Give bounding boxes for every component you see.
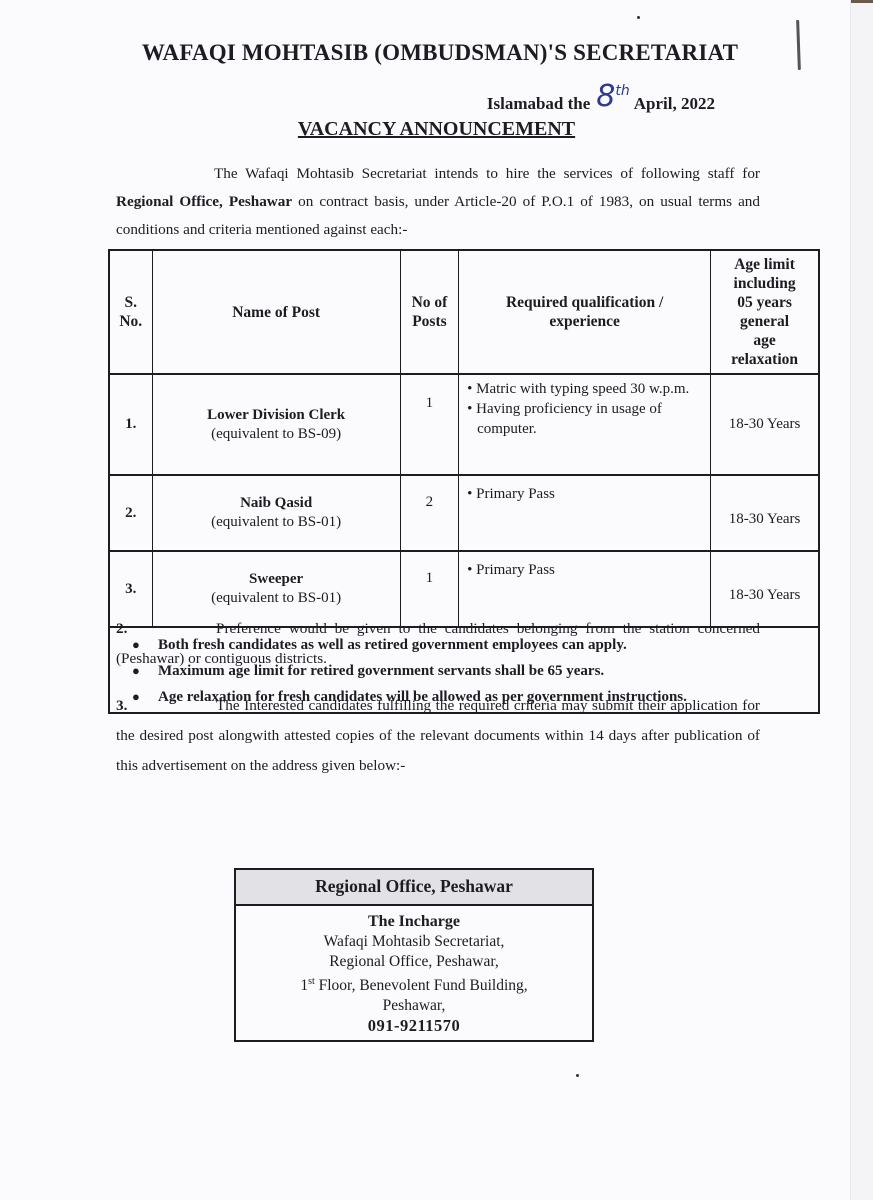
table-header-row: S. No. Name of Post No of Posts Required… [109, 250, 819, 374]
qualification-item: Primary Pass [467, 560, 704, 580]
handwritten-day-suffix: th [615, 83, 629, 99]
scan-speck [637, 16, 640, 19]
address-line: Peshawar, [236, 996, 592, 1016]
address-line: Regional Office, Peshawar, [236, 952, 592, 972]
pen-mark [796, 20, 801, 70]
post-grade: (equivalent to BS-01) [154, 589, 399, 608]
post-name: Lower Division Clerk [154, 406, 399, 425]
dateline-prefix: Islamabad the [487, 94, 590, 114]
intro-paragraph: The Wafaqi Mohtasib Secretariat intends … [116, 160, 760, 244]
row-qualification: Matric with typing speed 30 w.p.m. Havin… [459, 374, 711, 475]
row-post: Naib Qasid (equivalent to BS-01) [152, 475, 400, 551]
header-age: Age limit including 05 years general age… [711, 250, 819, 374]
dateline-suffix: April, 2022 [634, 94, 715, 114]
floor-suffix: st [308, 976, 315, 987]
intro-office: Regional Office, Peshawar [116, 193, 292, 210]
row-sno: 1. [109, 374, 152, 475]
address-header: Regional Office, Peshawar [236, 870, 592, 906]
vacancy-heading: VACANCY ANNOUNCEMENT [0, 118, 873, 141]
header-sno: S. No. [109, 250, 152, 374]
handwritten-day-number: 8 [596, 79, 615, 114]
row-posts: 1 [400, 374, 458, 475]
address-line: Wafaqi Mohtasib Secretariat, [236, 932, 592, 952]
intro-text-1: The Wafaqi Mohtasib Secretariat intends … [214, 165, 760, 182]
address-box: Regional Office, Peshawar The Incharge W… [234, 868, 594, 1042]
row-sno: 2. [109, 475, 152, 551]
paragraph-number: 2. [116, 614, 216, 644]
qualification-item: Having proficiency in usage of computer. [467, 399, 704, 439]
document-title: WAFAQI MOHTASIB (OMBUDSMAN)'S SECRETARIA… [120, 40, 760, 66]
header-qualification: Required qualification / experience [459, 250, 711, 374]
scan-edge-top [851, 0, 873, 3]
table-row: 2. Naib Qasid (equivalent to BS-01) 2 Pr… [109, 475, 819, 551]
dateline: Islamabad the 8th April, 2022 [487, 84, 715, 114]
floor-number: 1 [300, 977, 308, 994]
header-post: Name of Post [152, 250, 400, 374]
handwritten-day: 8th [596, 82, 629, 112]
table-row: 1. Lower Division Clerk (equivalent to B… [109, 374, 819, 475]
qualification-item: Matric with typing speed 30 w.p.m. [467, 379, 704, 399]
paragraph-2: 2.Preference would be given to the candi… [116, 614, 760, 674]
floor-rest: Floor, Benevolent Fund Building, [315, 977, 528, 994]
row-age: 18-30 Years [711, 374, 819, 475]
row-age: 18-30 Years [711, 475, 819, 551]
address-line: 1st Floor, Benevolent Fund Building, [236, 972, 592, 996]
post-grade: (equivalent to BS-09) [154, 425, 399, 444]
paragraph-3: 3.The Interested candidates fulfilling t… [116, 691, 760, 781]
row-posts: 2 [400, 475, 458, 551]
post-grade: (equivalent to BS-01) [154, 513, 399, 532]
row-qualification: Primary Pass [459, 475, 711, 551]
header-posts: No of Posts [400, 250, 458, 374]
scan-edge [850, 0, 873, 1200]
qualification-item: Primary Pass [467, 484, 704, 504]
address-phone: 091-9211570 [236, 1016, 592, 1036]
post-name: Naib Qasid [154, 494, 399, 513]
address-incharge: The Incharge [236, 912, 592, 932]
scan-speck [576, 1074, 579, 1077]
address-body: The Incharge Wafaqi Mohtasib Secretariat… [236, 906, 592, 1040]
row-post: Lower Division Clerk (equivalent to BS-0… [152, 374, 400, 475]
post-name: Sweeper [154, 570, 399, 589]
paragraph-number: 3. [116, 691, 216, 721]
